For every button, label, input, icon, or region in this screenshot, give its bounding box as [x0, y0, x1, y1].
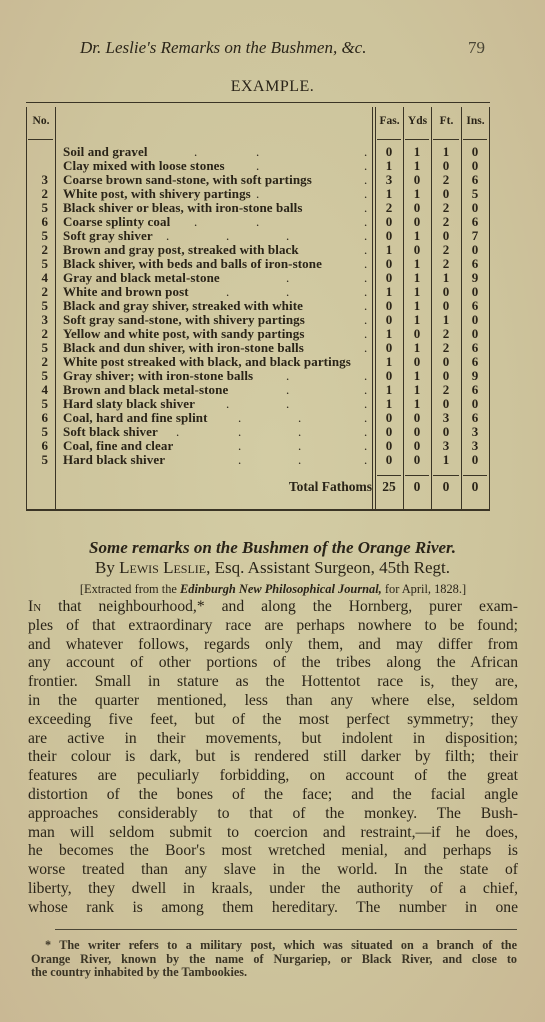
source-journal: Edinburgh New Philosophical Journal, [180, 582, 382, 596]
table-row: 4Gray and black metal-stone..0119 [26, 271, 490, 285]
running-head-title: Dr. Leslie's Remarks on the Bushmen, &c. [80, 38, 366, 58]
body-line: any account of other portions of the tri… [28, 654, 518, 673]
body-line: approaches considerably to that of the m… [28, 805, 518, 824]
total-feet: 0 [433, 479, 459, 495]
body-line: he becomes the Boor's most wretched meni… [28, 842, 518, 861]
article-source: [Extracted from the Edinburgh New Philos… [28, 582, 518, 597]
total-yards: 0 [404, 479, 430, 495]
footnote-line: the country inhabited by the Tambookies. [31, 966, 517, 980]
strata-table: No. Fas. Yds Ft. Ins. Soil and gravel...… [26, 102, 490, 511]
article-title: Some remarks on the Bushmen of the Orang… [0, 538, 545, 558]
table-row: 5Soft gray shiver....0107 [26, 229, 490, 243]
total-rule [463, 475, 487, 476]
body-line: features are peculiarly forbidding, on a… [28, 767, 518, 786]
drop-word: In [28, 598, 41, 615]
total-inches: 0 [462, 479, 488, 495]
page-number: 79 [468, 38, 485, 58]
footnote-line: Orange River, known by the name of Nurga… [31, 953, 517, 967]
body-line: exceeding five feet, but of the most per… [28, 711, 518, 730]
source-suffix: for April, 1828.] [385, 582, 466, 596]
footnote-line: * The writer refers to a military post, … [31, 939, 517, 953]
header-rule [433, 139, 459, 140]
table-row: Soil and gravel....0110 [26, 145, 490, 159]
header-feet: Ft. [432, 115, 461, 127]
table-row: 3Soft gray sand-stone, with shivery part… [26, 313, 490, 327]
body-line: and whatever follows, regards only them,… [28, 636, 518, 655]
table-row: 4Brown and black metal-stone..1126 [26, 383, 490, 397]
header-inches: Ins. [462, 115, 489, 127]
body-line: are active in their movements, but indol… [28, 730, 518, 749]
body-line: In that neighbourhood,* and along the Ho… [28, 598, 518, 617]
body-line: in the quarter mentioned, less than any … [28, 692, 518, 711]
body-line: frontier. Small in stature as the Hotten… [28, 673, 518, 692]
table-row: 5Soft black shiver....0003 [26, 425, 490, 439]
body-line: man will seldom submit to coercion and r… [28, 824, 518, 843]
table-row: 6Coal, hard and fine splint...0036 [26, 411, 490, 425]
table-row: 5Hard black shiver...0010 [26, 453, 490, 467]
byline-suffix: Esq. Assistant Surgeon, 45th Regt. [215, 558, 450, 577]
total-fathoms: 25 [376, 479, 402, 495]
header-rule [377, 139, 401, 140]
header-rule [405, 139, 429, 140]
table-row: 2Yellow and white post, with sandy parti… [26, 327, 490, 341]
header-rule [28, 139, 53, 140]
body-line: their colour is dark, but is rendered st… [28, 748, 518, 767]
body-line: ples of that extraordinary race are perh… [28, 617, 518, 636]
body-line: worse treated than any slave in the worl… [28, 861, 518, 880]
article-body: In that neighbourhood,* and along the Ho… [28, 598, 518, 918]
table-row: 2Brown and gray post, streaked with blac… [26, 243, 490, 257]
table-row: 2White post streaked with black, and bla… [26, 355, 490, 369]
body-line: whose rank is among them hereditary. The… [28, 899, 518, 918]
author-name: Lewis Leslie, [119, 558, 210, 577]
table-row: 3Coarse brown sand-stone, with soft part… [26, 173, 490, 187]
total-rule [433, 475, 459, 476]
table-row: 2White and brown post...1100 [26, 285, 490, 299]
byline-prefix: By [95, 558, 115, 577]
table-row: 2White post, with shivery partings..1105 [26, 187, 490, 201]
source-prefix: [Extracted from the [80, 582, 177, 596]
table-row: 6Coarse splinty coal...0026 [26, 215, 490, 229]
article-byline: By Lewis Leslie, Esq. Assistant Surgeon,… [0, 558, 545, 578]
table-row: 5Black and dun shiver, with iron-stone b… [26, 341, 490, 355]
body-line: liberty, they dwell in kraals, under the… [28, 880, 518, 899]
total-label: Total Fathoms [289, 479, 372, 495]
footnote: * The writer refers to a military post, … [31, 939, 517, 980]
total-rule [377, 475, 401, 476]
table-caption: EXAMPLE. [0, 78, 545, 96]
table-row: 5Gray shiver; with iron-stone balls..010… [26, 369, 490, 383]
table-row: Clay mixed with loose stones..1100 [26, 159, 490, 173]
table-row: 6Coal, fine and clear...0033 [26, 439, 490, 453]
header-no: No. [28, 115, 54, 127]
table-row: 5Hard slaty black shiver...1100 [26, 397, 490, 411]
footnote-rule [55, 929, 517, 930]
table-body: Soil and gravel....0110 Clay mixed with … [26, 145, 490, 467]
table-row: 5Black and gray shiver, streaked with wh… [26, 299, 490, 313]
header-yards: Yds [404, 115, 431, 127]
header-rule [463, 139, 487, 140]
book-page: Dr. Leslie's Remarks on the Bushmen, &c.… [0, 0, 545, 1022]
total-rule [405, 475, 429, 476]
body-line: distortion of the bones of the face; and… [28, 786, 518, 805]
header-fathoms: Fas. [376, 115, 403, 127]
table-row: 5Black shiver, with beds and balls of ir… [26, 257, 490, 271]
table-row: 5Black shiver or bleas, with iron-stone … [26, 201, 490, 215]
